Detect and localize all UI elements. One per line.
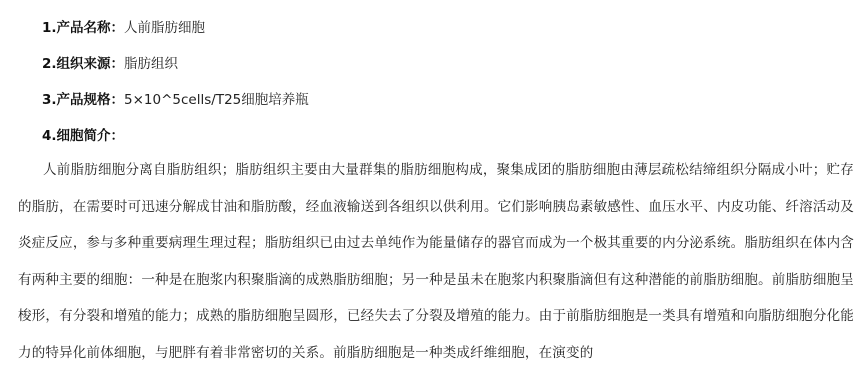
spec-product-name: 1.产品名称：人前脂肪细胞: [42, 10, 205, 46]
spec-label: 3.产品规格：: [42, 92, 124, 108]
spec-label: 1.产品名称：: [42, 20, 124, 36]
spec-label: 2.组织来源：: [42, 56, 124, 72]
cell-intro-paragraph: 人前脂肪细胞分离自脂肪组织；脂肪组织主要由大量群集的脂肪细胞构成，聚集成团的脂肪…: [18, 152, 854, 366]
spec-label: 4.细胞简介：: [42, 128, 124, 144]
spec-value: 人前脂肪细胞: [124, 20, 205, 36]
spec-value: 5×10^5cells/T25细胞培养瓶: [124, 92, 309, 108]
spec-tissue-source: 2.组织来源：脂肪组织: [42, 46, 178, 82]
spec-product-size: 3.产品规格：5×10^5cells/T25细胞培养瓶: [42, 82, 309, 118]
product-document: 1.产品名称：人前脂肪细胞 2.组织来源：脂肪组织 3.产品规格：5×10^5c…: [0, 0, 860, 366]
spec-value: 脂肪组织: [124, 56, 178, 72]
spec-cell-intro-heading: 4.细胞简介：: [42, 118, 124, 154]
